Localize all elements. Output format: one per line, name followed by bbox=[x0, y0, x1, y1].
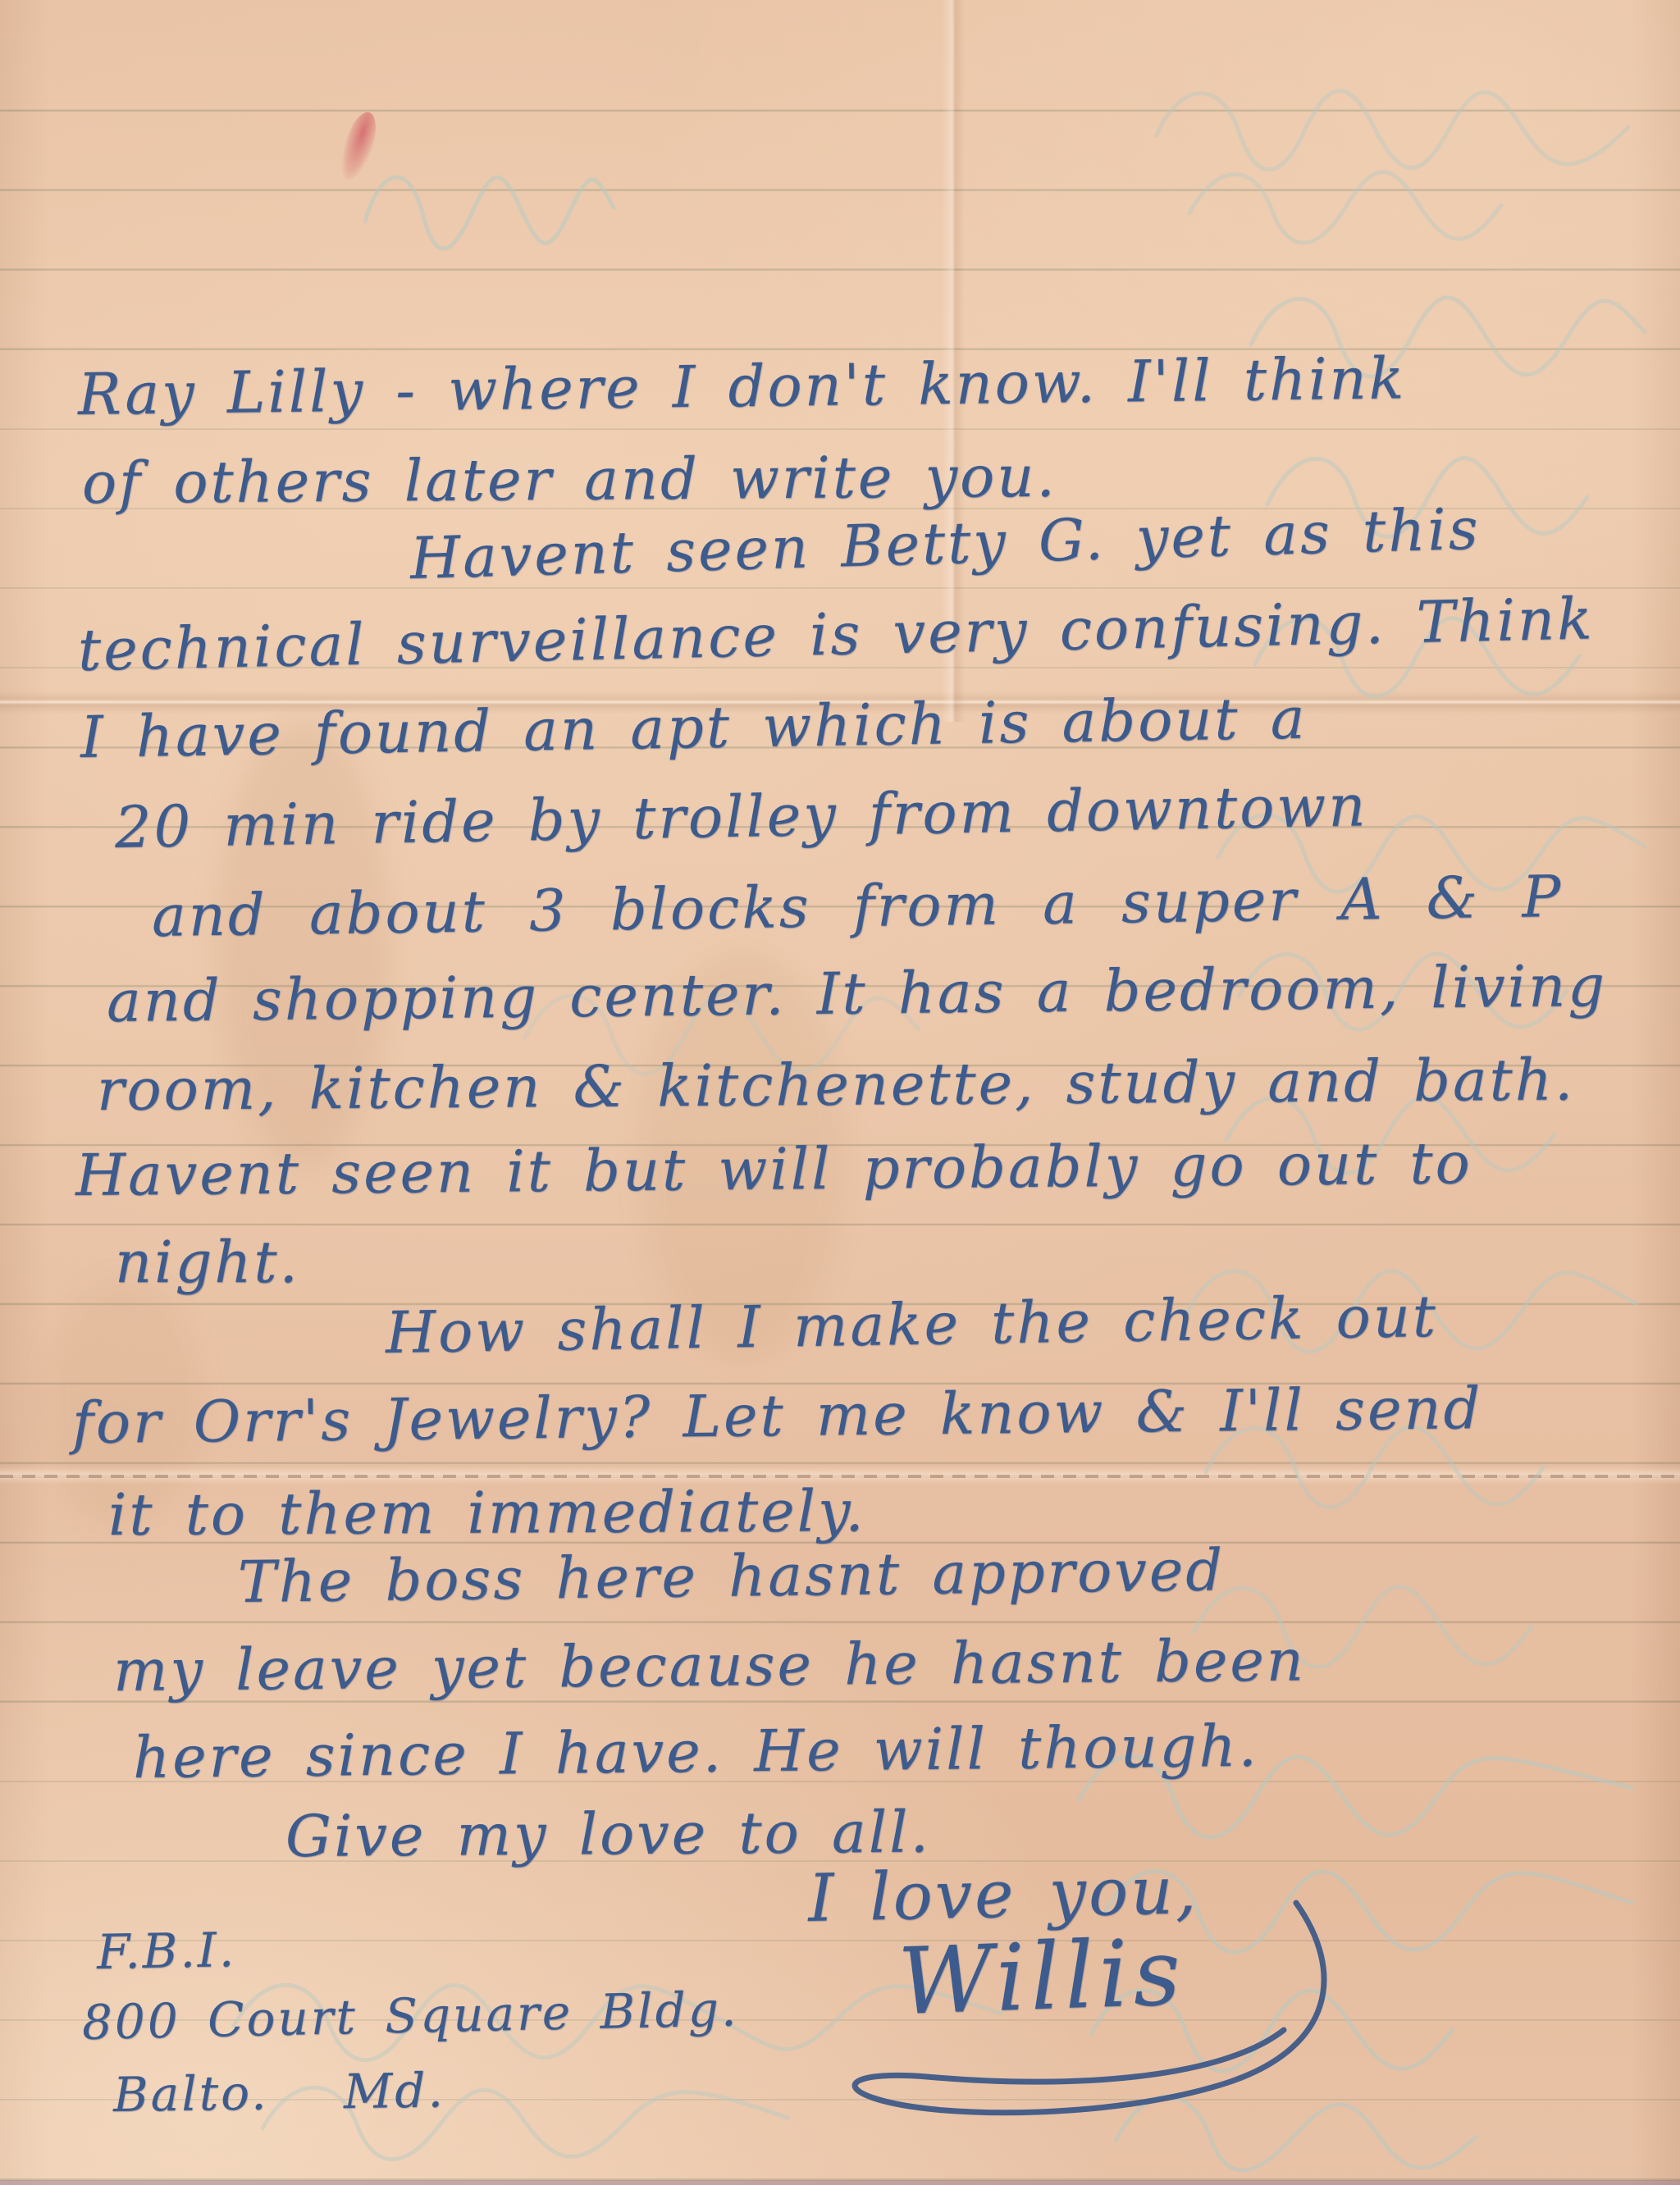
handwritten-line-10: Havent seen it but will probably go out … bbox=[75, 1129, 1472, 1209]
handwritten-line-9: room, kitchen & kitchenette, study and b… bbox=[97, 1046, 1576, 1124]
handwritten-line-15: The boss here hasnt approved bbox=[237, 1536, 1225, 1616]
handwritten-line-2: of others later and write you. bbox=[82, 443, 1057, 517]
handwritten-line-16: my leave yet because he hasnt been bbox=[113, 1626, 1307, 1704]
handwritten-line-17: here since I have. He will though. bbox=[133, 1713, 1260, 1791]
signature-flourish bbox=[804, 1878, 1378, 2141]
bleedthrough-mark bbox=[353, 152, 623, 258]
sender-city: Balto. Md. bbox=[113, 2062, 446, 2123]
sender-org: F.B.I. bbox=[96, 1922, 236, 1980]
handwritten-line-14: it to them immediately. bbox=[108, 1477, 866, 1549]
scan-edge bbox=[0, 2180, 1680, 2185]
letter-page: Ray Lilly - where I don't know. I'll thi… bbox=[0, 0, 1680, 2185]
handwritten-line-11: night. bbox=[115, 1229, 300, 1296]
bleedthrough-mark bbox=[1140, 62, 1649, 250]
